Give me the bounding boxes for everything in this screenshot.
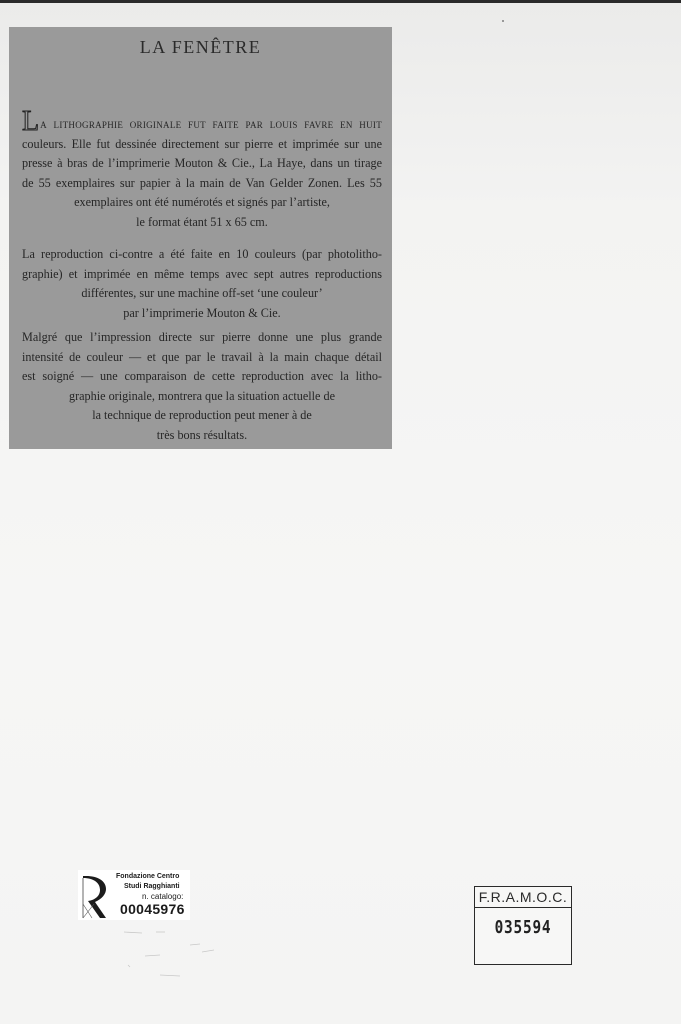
label-institution-line2: Studi Ragghianti (124, 883, 180, 890)
paragraph-line: est soigné — une comparaison de cette re… (22, 367, 382, 387)
paragraph-line: graphie) et imprimée en même temps avec … (22, 265, 382, 285)
pencil-marks (110, 920, 230, 980)
paragraph-line: de 55 exemplaires sur papier à la main d… (22, 174, 382, 194)
paragraph-line: Malgré que l’impression directe sur pier… (22, 328, 382, 348)
description-card: LA FENÊTRE La lithographie originale fut… (9, 27, 392, 449)
paragraph-line: exemplaires ont été numérotés et signés … (22, 193, 382, 213)
paragraph-line: par l’imprimerie Mouton & Cie. (22, 304, 382, 324)
paragraph-comparison: Malgré que l’impression directe sur pier… (22, 328, 382, 445)
framoc-stamp: F.R.A.M.O.C. 035594 (474, 886, 572, 965)
paragraph-lithography: La lithographie originale fut faite par … (22, 112, 382, 232)
dropcap: L (22, 112, 39, 132)
paragraph-line: le format étant 51 x 65 cm. (22, 213, 382, 233)
paragraph-line: La lithographie originale fut faite par … (22, 112, 382, 135)
fondazione-r-logo-icon (80, 874, 108, 920)
paragraph-line: graphie originale, montrera que la situa… (22, 387, 382, 407)
paragraph-line: couleurs. Elle fut dessinée directement … (22, 135, 382, 155)
stamp-number: 035594 (485, 917, 562, 938)
top-edge (0, 0, 681, 3)
label-institution-line1: Fondazione Centro (116, 873, 179, 880)
paragraph-line: différentes, sur une machine off-set ‘un… (22, 284, 382, 304)
label-catalog-number: 00045976 (120, 901, 185, 917)
stamp-header: F.R.A.M.O.C. (475, 887, 571, 908)
catalog-label: Fondazione Centro Studi Ragghianti n. ca… (78, 870, 190, 920)
label-catalog-caption: n. catalogo: (142, 892, 183, 901)
paper-speck (502, 20, 504, 22)
paragraph-line: la technique de reproduction peut mener … (22, 406, 382, 426)
paragraph-line: La reproduction ci-contre a été faite en… (22, 245, 382, 265)
paragraph-line: presse à bras de l’imprimerie Mouton & C… (22, 154, 382, 174)
paragraph-line: très bons résultats. (22, 426, 382, 446)
card-title: LA FENÊTRE (9, 37, 392, 58)
paragraph-line: intensité de couleur — et que par le tra… (22, 348, 382, 368)
paragraph-reproduction: La reproduction ci-contre a été faite en… (22, 245, 382, 323)
